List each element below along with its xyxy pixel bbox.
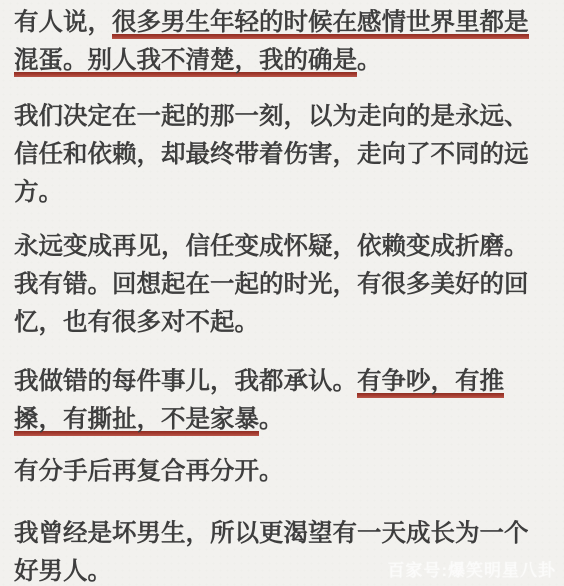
underlined-text-run: 很多男生年轻的时候在感情世界里都是 bbox=[112, 9, 529, 39]
text-line: 有分手后再复合再分开。 bbox=[14, 453, 552, 491]
article-text: 有人说，很多男生年轻的时候在感情世界里都是混蛋。别人我不清楚，我的确是。我们决定… bbox=[14, 4, 552, 586]
text-line: 搡，有撕扯，不是家暴。 bbox=[14, 401, 552, 439]
paragraph: 永远变成再见，信任变成怀疑，依赖变成折磨。我有错。回想起在一起的时光，有很多美好… bbox=[14, 228, 552, 342]
text-run: 有人说， bbox=[14, 9, 112, 36]
text-run: 好男人。 bbox=[14, 558, 112, 585]
text-line: 我做错的每件事儿，我都承认。有争吵，有推 bbox=[14, 363, 552, 401]
text-line: 永远变成再见，信任变成怀疑，依赖变成折磨。 bbox=[14, 228, 552, 266]
text-run: 我做错的每件事儿，我都承认。 bbox=[14, 368, 357, 395]
text-line: 有人说，很多男生年轻的时候在感情世界里都是 bbox=[14, 4, 552, 42]
text-run: 我们决定在一起的那一刻，以为走向的是永远、 bbox=[14, 103, 529, 130]
text-line: 我曾经是坏男生，所以更渴望有一天成长为一个 bbox=[14, 515, 552, 553]
text-run: 我曾经是坏男生，所以更渴望有一天成长为一个 bbox=[14, 520, 529, 547]
paragraph: 我们决定在一起的那一刻，以为走向的是永远、信任和依赖，却最终带着伤害，走向了不同… bbox=[14, 98, 552, 212]
text-run: 。 bbox=[259, 406, 284, 433]
paragraph: 我曾经是坏男生，所以更渴望有一天成长为一个好男人。 bbox=[14, 515, 552, 586]
text-run: 忆，也有很多对不起。 bbox=[14, 309, 259, 336]
text-run: 永远变成再见，信任变成怀疑，依赖变成折磨。 bbox=[14, 233, 529, 260]
text-line: 混蛋。别人我不清楚，我的确是。 bbox=[14, 42, 552, 80]
text-run: 我有错。回想起在一起的时光，有很多美好的回 bbox=[14, 271, 529, 298]
paragraph: 有人说，很多男生年轻的时候在感情世界里都是混蛋。别人我不清楚，我的确是。 bbox=[14, 4, 552, 80]
underlined-text-run: 有争吵，有推 bbox=[357, 368, 504, 398]
text-run: 。 bbox=[357, 47, 382, 74]
text-line: 方。 bbox=[14, 174, 552, 212]
text-line: 信任和依赖，却最终带着伤害，走向了不同的远 bbox=[14, 136, 552, 174]
article-page: 有人说，很多男生年轻的时候在感情世界里都是混蛋。别人我不清楚，我的确是。我们决定… bbox=[0, 0, 564, 586]
text-run: 方。 bbox=[14, 179, 63, 206]
underlined-text-run: 混蛋。别人我不清楚，我的确是 bbox=[14, 47, 357, 77]
paragraph: 有分手后再复合再分开。 bbox=[14, 453, 552, 491]
text-run: 信任和依赖，却最终带着伤害，走向了不同的远 bbox=[14, 141, 529, 168]
text-line: 我有错。回想起在一起的时光，有很多美好的回 bbox=[14, 266, 552, 304]
text-run: 有分手后再复合再分开。 bbox=[14, 458, 284, 485]
text-line: 我们决定在一起的那一刻，以为走向的是永远、 bbox=[14, 98, 552, 136]
text-line: 好男人。 bbox=[14, 553, 552, 586]
text-line: 忆，也有很多对不起。 bbox=[14, 304, 552, 342]
paragraph: 我做错的每件事儿，我都承认。有争吵，有推搡，有撕扯，不是家暴。 bbox=[14, 363, 552, 439]
underlined-text-run: 搡，有撕扯，不是家暴 bbox=[14, 406, 259, 436]
